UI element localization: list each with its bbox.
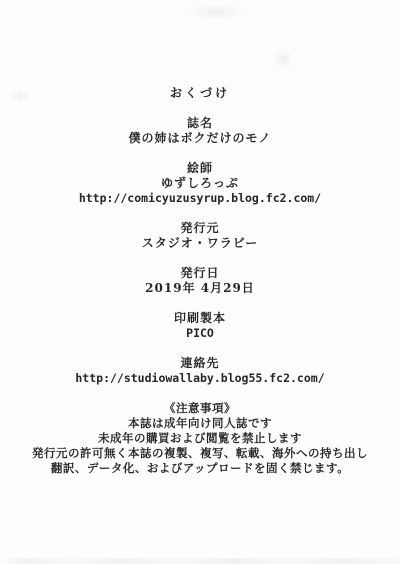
notice-block: 《注意事項》 本誌は成年向け同人誌です 未成年の購買および閲覧を禁止します 発行… <box>0 401 400 476</box>
section-publication-date: 発行日 2019年 4月29日 <box>0 266 400 296</box>
section-printing: 印刷製本 PICO <box>0 311 400 341</box>
section-label: 発行日 <box>0 266 400 281</box>
printer-name-value: PICO <box>0 326 400 341</box>
journal-title-value: 僕の姉はボクだけのモノ <box>0 131 400 146</box>
scan-smudge <box>268 44 299 75</box>
publication-date-value: 2019年 4月29日 <box>0 281 400 296</box>
section-label: 連絡先 <box>0 356 400 371</box>
contact-url-text: http://studiowallaby.blog55.fc2.com/ <box>0 371 400 386</box>
notice-line: 翻訳、データ化、およびアップロードを固く禁じます。 <box>0 461 400 476</box>
scan-smudge <box>186 4 246 20</box>
scan-edge-artifact <box>0 558 400 564</box>
section-label: 印刷製本 <box>0 311 400 326</box>
colophon-page: おくづけ 誌名 僕の姉はボクだけのモノ 絵師 ゆずしろっぷ http://com… <box>0 0 400 564</box>
notice-line: 発行元の許可無く本誌の複製、複写、転載、海外への持ち出し <box>0 446 400 461</box>
artist-url-text: http://comicyuzusyrup.blog.fc2.com/ <box>0 191 400 206</box>
section-label: 誌名 <box>0 116 400 131</box>
artist-name-value: ゆずしろっぷ <box>0 176 400 191</box>
section-contact: 連絡先 http://studiowallaby.blog55.fc2.com/ <box>0 356 400 386</box>
section-label: 絵師 <box>0 161 400 176</box>
section-publisher: 発行元 スタジオ・ワラビー <box>0 221 400 251</box>
section-artist: 絵師 ゆずしろっぷ http://comicyuzusyrup.blog.fc2… <box>0 161 400 206</box>
section-label: 発行元 <box>0 221 400 236</box>
notice-line: 未成年の購買および閲覧を禁止します <box>0 431 400 446</box>
section-journal-title: 誌名 僕の姉はボクだけのモノ <box>0 116 400 146</box>
publisher-name-value: スタジオ・ワラビー <box>0 236 400 251</box>
colophon-title: おくづけ <box>0 86 400 101</box>
notice-header: 《注意事項》 <box>0 401 400 416</box>
notice-line: 本誌は成年向け同人誌です <box>0 416 400 431</box>
